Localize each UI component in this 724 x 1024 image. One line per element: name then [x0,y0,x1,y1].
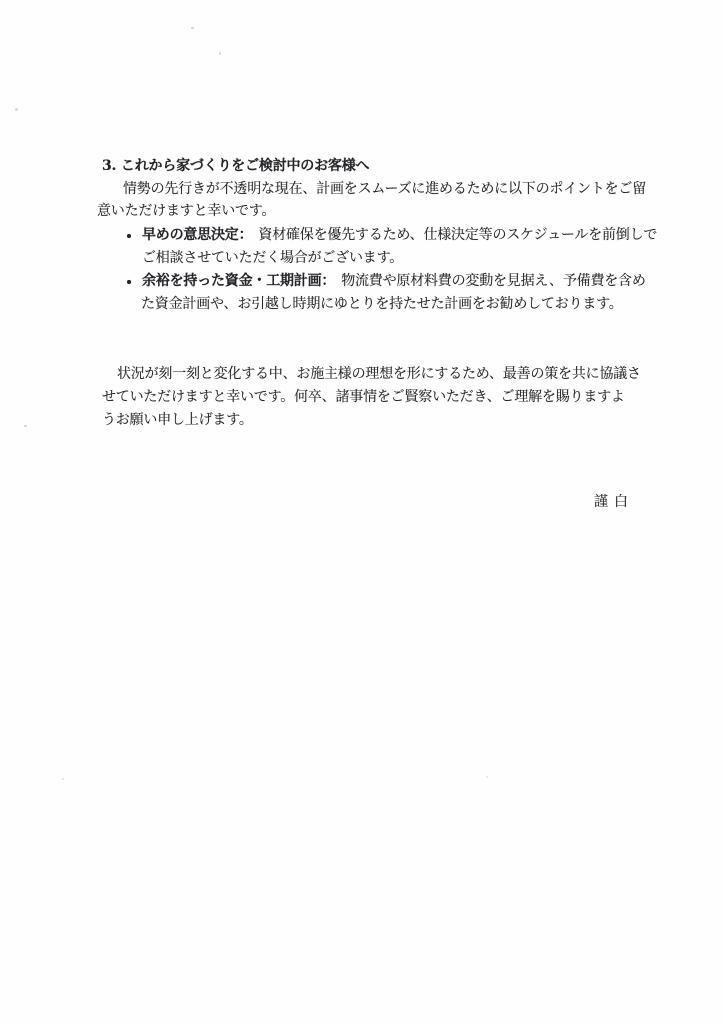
bullet-item-budget-schedule-line-2: た資金計画や、お引越し時期にゆとりを持たせた計画をお勧めしております。 [141,296,623,313]
scan-artifact [62,778,64,780]
scan-artifact [24,425,27,427]
closing-paragraph-line-1: 状況が刻一刻と変化する中、お施主様の理想を形にするため、最善の策を共に協議さ [117,366,641,383]
scanned-letter-page: 3. これから家づくりをご検討中のお客様へ 情勢の先行きが不透明な現在、計画をス… [0,0,724,1024]
closing-salutation: 謹白 [594,494,634,511]
scan-artifact [650,238,652,240]
bullet-item-early-decision-line-2: ご相談させていただく場合がございます。 [142,250,403,267]
bullet-item-budget-schedule-line-1: 余裕を持った資金・工期計画：物流費や原材料費の変動を見据え、予備費を含め [142,273,646,290]
bullet-item-early-decision-line-1: 早めの意思決定：資材確保を優先するため、仕様決定等のスケジュールを前倒しで [142,227,657,244]
bullet-body-text: 物流費や原材料費の変動を見据え、予備費を含め [341,273,645,289]
closing-paragraph-line-3: うお願い申し上げます。 [102,412,253,429]
intro-paragraph-line-1: 情勢の先行きが不透明な現在、計画をスムーズに進めるために以下のポイントをご留 [123,181,646,198]
bullet-marker-icon [127,234,131,238]
scan-artifact [219,52,221,55]
bullet-lead-label: 余裕を持った資金・工期計画： [142,273,335,289]
intro-paragraph-line-2: 意いただけますと幸いです。 [97,203,275,220]
section-heading: 3. これから家づくりをご検討中のお客様へ [102,158,369,175]
closing-paragraph-line-2: せていただけますと幸いです。何卒、諸事情をご賢察いただき、ご理解を賜りますよ [102,389,625,406]
bullet-body-text: 資材確保を優先するため、仕様決定等のスケジュールを前倒しで [258,227,657,243]
bullet-marker-icon [127,280,131,284]
scan-artifact [486,776,488,778]
bullet-lead-label: 早めの意思決定： [142,227,252,243]
scan-artifact [191,27,194,29]
scan-artifact [15,108,18,111]
